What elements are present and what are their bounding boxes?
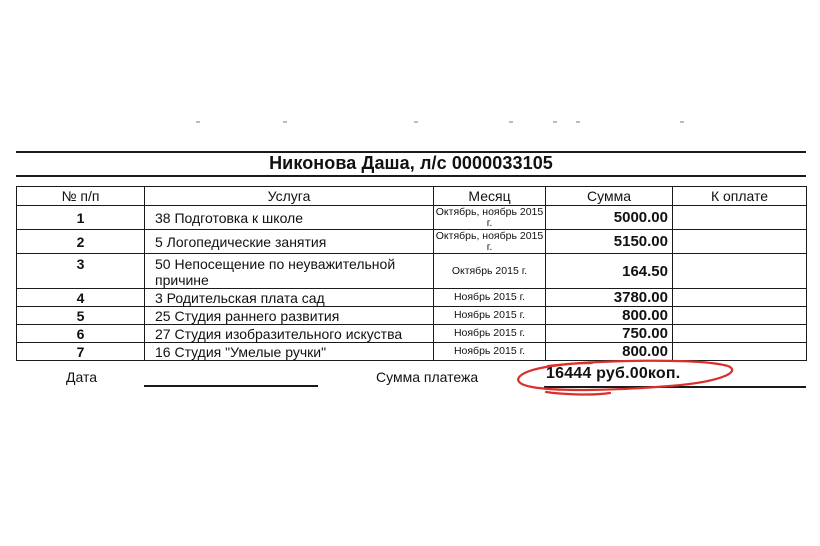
- header-service: Услуга: [145, 187, 434, 206]
- row-service: 38 Подготовка к школе: [145, 206, 434, 230]
- scan-speck: [680, 121, 684, 123]
- table-row: 525 Студия раннего развитияНоябрь 2015 г…: [17, 307, 807, 325]
- row-number: 3: [17, 254, 145, 289]
- scan-speck: [553, 121, 557, 123]
- scan-speck: [576, 121, 580, 123]
- row-to-pay: [673, 325, 807, 343]
- row-sum: 164.50: [546, 254, 673, 289]
- scan-speck: [196, 121, 200, 123]
- header-sum: Сумма: [546, 187, 673, 206]
- row-month: Ноябрь 2015 г.: [434, 289, 546, 307]
- table-row: 138 Подготовка к школеОктябрь, ноябрь 20…: [17, 206, 807, 230]
- row-month: Октябрь 2015 г.: [434, 254, 546, 289]
- table-header-row: № п/п Услуга Месяц Сумма К оплате: [17, 187, 807, 206]
- scan-speck: [414, 121, 418, 123]
- row-sum: 5150.00: [546, 230, 673, 254]
- date-signature-line: [144, 385, 318, 387]
- row-service: 16 Студия "Умелые ручки": [145, 343, 434, 361]
- row-to-pay: [673, 206, 807, 230]
- row-service: 5 Логопедические занятия: [145, 230, 434, 254]
- row-sum: 5000.00: [546, 206, 673, 230]
- scan-speck: [509, 121, 513, 123]
- row-number: 6: [17, 325, 145, 343]
- row-to-pay: [673, 343, 807, 361]
- row-to-pay: [673, 254, 807, 289]
- row-month: Ноябрь 2015 г.: [434, 325, 546, 343]
- row-service: 27 Студия изобразительного искуства: [145, 325, 434, 343]
- scan-speck: [283, 121, 287, 123]
- row-to-pay: [673, 230, 807, 254]
- row-month: Ноябрь 2015 г.: [434, 343, 546, 361]
- document-title: Никонова Даша, л/с 0000033105: [16, 152, 806, 174]
- row-to-pay: [673, 307, 807, 325]
- row-service: 3 Родительская плата сад: [145, 289, 434, 307]
- total-value: 16444 руб.00коп.: [546, 365, 680, 383]
- row-service: 50 Непосещение по неуважительной причине: [145, 254, 434, 289]
- header-to-pay: К оплате: [673, 187, 807, 206]
- table-row: 25 Логопедические занятияОктябрь, ноябрь…: [17, 230, 807, 254]
- row-number: 2: [17, 230, 145, 254]
- table-row: 350 Непосещение по неуважительной причин…: [17, 254, 807, 289]
- title-bottom-rule: [16, 175, 806, 177]
- header-number: № п/п: [17, 187, 145, 206]
- row-sum: 800.00: [546, 307, 673, 325]
- row-number: 1: [17, 206, 145, 230]
- table-row: 716 Студия "Умелые ручки"Ноябрь 2015 г.8…: [17, 343, 807, 361]
- row-month: Ноябрь 2015 г.: [434, 307, 546, 325]
- row-service: 25 Студия раннего развития: [145, 307, 434, 325]
- row-month: Октябрь, ноябрь 2015 г.: [434, 206, 546, 230]
- row-number: 5: [17, 307, 145, 325]
- header-month: Месяц: [434, 187, 546, 206]
- total-label: Сумма платежа: [376, 369, 478, 385]
- row-sum: 750.00: [546, 325, 673, 343]
- row-sum: 3780.00: [546, 289, 673, 307]
- row-sum: 800.00: [546, 343, 673, 361]
- table-row: 43 Родительская плата садНоябрь 2015 г.3…: [17, 289, 807, 307]
- total-underline: [544, 386, 806, 388]
- row-number: 4: [17, 289, 145, 307]
- date-label: Дата: [66, 369, 97, 385]
- row-month: Октябрь, ноябрь 2015 г.: [434, 230, 546, 254]
- row-number: 7: [17, 343, 145, 361]
- row-to-pay: [673, 289, 807, 307]
- table-row: 627 Студия изобразительного искустваНояб…: [17, 325, 807, 343]
- services-table: № п/п Услуга Месяц Сумма К оплате 138 По…: [16, 186, 807, 361]
